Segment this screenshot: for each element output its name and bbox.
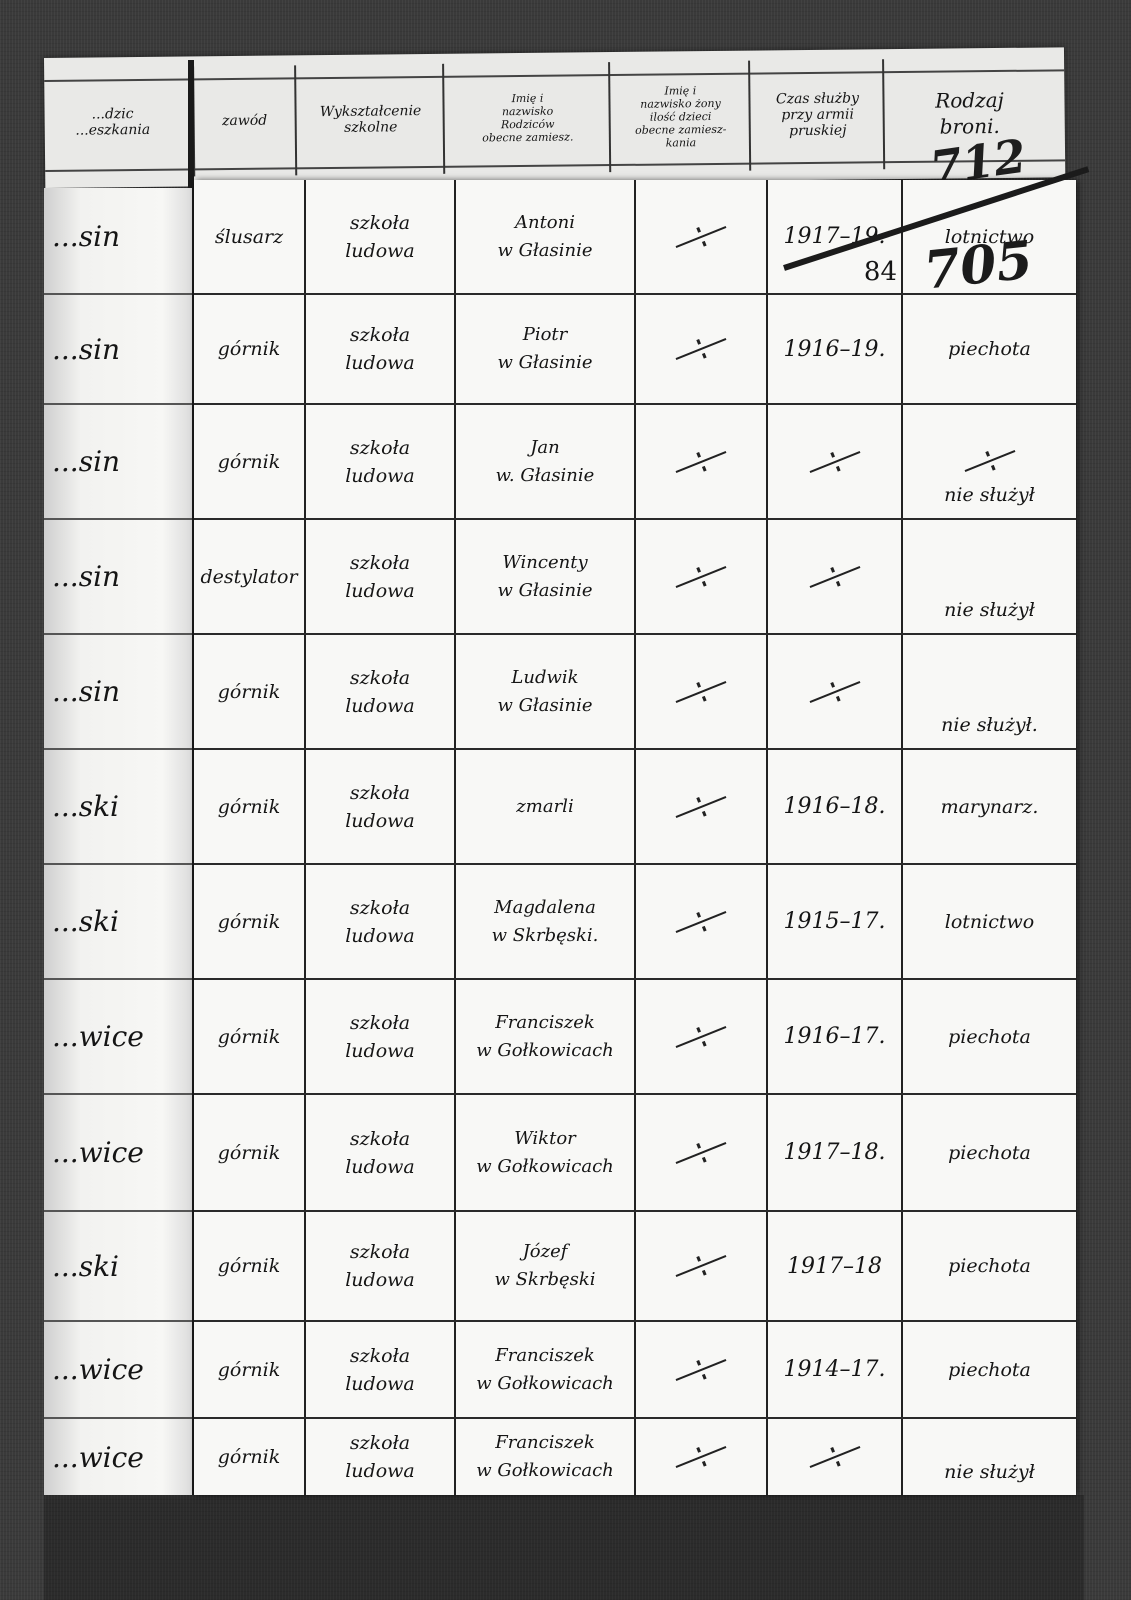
- cell-service: [766, 520, 901, 633]
- education-line: szkoła: [350, 779, 410, 807]
- cell-education: szkołaludowa: [304, 405, 454, 518]
- cell-arm: lotnictwo: [901, 865, 1076, 978]
- cell-parents: zmarli: [454, 750, 634, 863]
- left-page-fragment: ...sin...sin...sin...sin...sin...ski...s…: [44, 188, 192, 1495]
- arm-type: piechota: [948, 1359, 1031, 1381]
- cell-wife-children: [634, 1419, 766, 1495]
- table-row: górnikszkołaludowaJózefw Skrbęski1917–18…: [194, 1210, 1076, 1320]
- cell-education: szkołaludowa: [304, 750, 454, 863]
- cell-service: 1917–18: [766, 1212, 901, 1320]
- service-years: 1914–17.: [784, 1357, 886, 1382]
- education-line: szkoła: [350, 1429, 410, 1457]
- left-fragment-row: ...sin: [44, 518, 192, 633]
- parents-line: zmarli: [516, 793, 573, 821]
- table-row: górnikszkołaludowaMagdalenaw Skrbęski.19…: [194, 863, 1076, 978]
- cell-parents: Janw. Głasinie: [454, 405, 634, 518]
- arm-type: nie służył: [944, 484, 1035, 506]
- register-page: ślusarzszkołaludowaAntoniw Głasinie1917–…: [194, 180, 1076, 1495]
- education-line: szkoła: [350, 1342, 410, 1370]
- cell-occupation: górnik: [194, 1095, 304, 1210]
- cell-occupation: górnik: [194, 750, 304, 863]
- service-years: 1917–18.: [784, 1140, 886, 1165]
- ditto-mark-icon: [676, 225, 727, 247]
- education-line: szkoła: [350, 1238, 410, 1266]
- cell-education: szkołaludowa: [304, 1095, 454, 1210]
- service-years: 1916–18.: [784, 794, 886, 819]
- education-line: ludowa: [345, 462, 415, 490]
- ditto-mark-icon: [676, 680, 727, 702]
- ditto-mark-icon: [809, 450, 860, 472]
- education-line: szkoła: [350, 209, 410, 237]
- cell-wife-children: [634, 1095, 766, 1210]
- cell-wife-children: [634, 1212, 766, 1320]
- parents-line: w Głasinie: [497, 237, 592, 265]
- table-row: górnikszkołaludowaFranciszekw Gołkowicac…: [194, 1320, 1076, 1417]
- arm-type: nie służył.: [941, 714, 1038, 736]
- education-line: ludowa: [345, 807, 415, 835]
- parents-line: w Gołkowicach: [476, 1457, 614, 1485]
- table-row: górnikszkołaludowaPiotrw Głasinie1916–19…: [194, 293, 1076, 403]
- cell-wife-children: [634, 295, 766, 403]
- cell-occupation: górnik: [194, 1212, 304, 1320]
- cell-parents: Franciszekw Gołkowicach: [454, 980, 634, 1093]
- register-table: ślusarzszkołaludowaAntoniw Głasinie1917–…: [194, 180, 1076, 1495]
- cell-education: szkołaludowa: [304, 980, 454, 1093]
- parents-line: Piotr: [523, 321, 568, 349]
- ditto-mark-icon: [676, 1358, 727, 1380]
- cell-parents: Franciszekw Gołkowicach: [454, 1419, 634, 1495]
- table-row: górnikszkołaludowaFranciszekw Gołkowicac…: [194, 1417, 1076, 1495]
- cell-wife-children: [634, 405, 766, 518]
- cell-wife-children: [634, 865, 766, 978]
- arm-type: marynarz.: [941, 796, 1039, 818]
- education-line: ludowa: [345, 692, 415, 720]
- cell-arm: marynarz.: [901, 750, 1076, 863]
- cell-arm: piechota: [901, 1095, 1076, 1210]
- header-education: Wykształcenie szkolne: [294, 64, 445, 176]
- cell-wife-children: [634, 980, 766, 1093]
- left-fragment-row: ...wice: [44, 978, 192, 1093]
- education-line: szkoła: [350, 894, 410, 922]
- parents-line: Wiktor: [514, 1125, 576, 1153]
- page-shadow: [44, 1495, 1084, 1600]
- parents-line: Ludwik: [511, 664, 578, 692]
- education-line: szkoła: [350, 549, 410, 577]
- cell-education: szkołaludowa: [304, 1419, 454, 1495]
- education-line: ludowa: [345, 349, 415, 377]
- cell-occupation: górnik: [194, 1419, 304, 1495]
- cell-occupation: górnik: [194, 635, 304, 748]
- ditto-mark-icon: [676, 565, 727, 587]
- table-row: górnikszkołaludowaFranciszekw Gołkowicac…: [194, 978, 1076, 1093]
- cell-arm: nie służył: [901, 520, 1076, 633]
- parents-line: Jan: [530, 434, 560, 462]
- cell-service: 1916–18.: [766, 750, 901, 863]
- cell-arm: piechota: [901, 1322, 1076, 1417]
- cell-service: [766, 1419, 901, 1495]
- cell-education: szkołaludowa: [304, 865, 454, 978]
- arm-type: nie służył: [944, 599, 1035, 621]
- table-row: górnikszkołaludowazmarli1916–18.marynarz…: [194, 748, 1076, 863]
- education-line: ludowa: [345, 1037, 415, 1065]
- left-fragment-row: ...sin: [44, 180, 192, 293]
- cell-parents: Antoniw Głasinie: [454, 180, 634, 293]
- header-parents: Imię i nazwisko Rodziców obecne zamiesz.: [442, 62, 611, 174]
- left-fragment-row: ...ski: [44, 863, 192, 978]
- cell-arm: piechota: [901, 295, 1076, 403]
- cell-parents: Magdalenaw Skrbęski.: [454, 865, 634, 978]
- parents-line: Antoni: [515, 209, 575, 237]
- cell-occupation: destylator: [194, 520, 304, 633]
- cell-occupation: górnik: [194, 1322, 304, 1417]
- ditto-mark-icon: [809, 680, 860, 702]
- cell-wife-children: [634, 180, 766, 293]
- cell-arm: nie służył: [901, 1419, 1076, 1495]
- note-84: 84: [864, 257, 897, 287]
- parents-line: Józef: [523, 1238, 568, 1266]
- parents-line: w Gołkowicach: [476, 1037, 614, 1065]
- education-line: szkoła: [350, 1009, 410, 1037]
- education-line: ludowa: [345, 1266, 415, 1294]
- ditto-mark-icon: [676, 1141, 727, 1163]
- education-line: szkoła: [350, 664, 410, 692]
- table-header-strip: ...dzic ...eszkania zawód Wykształcenie …: [44, 47, 1065, 188]
- cell-service: 1915–17.: [766, 865, 901, 978]
- cell-arm: nie służył.: [901, 635, 1076, 748]
- left-fragment-row: ...wice: [44, 1417, 192, 1495]
- cell-occupation: górnik: [194, 865, 304, 978]
- arm-type: lotnictwo: [945, 911, 1034, 933]
- cell-service: 1914–17.: [766, 1322, 901, 1417]
- arm-type: piechota: [948, 1255, 1031, 1277]
- parents-line: w Skrbęski.: [492, 922, 599, 950]
- education-line: ludowa: [345, 577, 415, 605]
- parents-line: Wincenty: [502, 549, 587, 577]
- cell-wife-children: [634, 635, 766, 748]
- parents-line: w Głasinie: [497, 349, 592, 377]
- education-line: szkoła: [350, 1125, 410, 1153]
- cell-occupation: górnik: [194, 295, 304, 403]
- table-row: górnikszkołaludowaWiktorw Gołkowicach191…: [194, 1093, 1076, 1210]
- header-wife-children: Imię i nazwisko żony ilość dzieci obecne…: [608, 61, 751, 172]
- left-fragment-row: ...wice: [44, 1093, 192, 1210]
- table-row: górnikszkołaludowaLudwikw Głasinienie sł…: [194, 633, 1076, 748]
- cell-arm: nie służył: [901, 405, 1076, 518]
- cell-parents: Józefw Skrbęski: [454, 1212, 634, 1320]
- ditto-mark-icon: [676, 1025, 727, 1047]
- arm-type: piechota: [948, 1142, 1031, 1164]
- header-occupation: zawód: [192, 65, 295, 176]
- header-left-fragment: ...dzic ...eszkania: [42, 67, 183, 178]
- cell-service: 1917–18.: [766, 1095, 901, 1210]
- education-line: szkoła: [350, 321, 410, 349]
- parents-line: w Głasinie: [497, 577, 592, 605]
- parents-line: w Głasinie: [497, 692, 592, 720]
- cell-occupation: górnik: [194, 405, 304, 518]
- cell-wife-children: [634, 1322, 766, 1417]
- education-line: ludowa: [345, 1370, 415, 1398]
- cell-occupation: ślusarz: [194, 180, 304, 293]
- left-fragment-row: ...sin: [44, 293, 192, 403]
- cell-service: 1916–17.: [766, 980, 901, 1093]
- cell-parents: Franciszekw Gołkowicach: [454, 1322, 634, 1417]
- left-fragment-row: ...ski: [44, 748, 192, 863]
- ditto-mark-icon: [809, 1446, 860, 1468]
- ditto-mark-icon: [809, 565, 860, 587]
- parents-line: Franciszek: [495, 1429, 595, 1457]
- service-years: 1916–17.: [784, 1024, 886, 1049]
- cell-service: [766, 405, 901, 518]
- ditto-mark-icon: [676, 338, 727, 360]
- parents-line: Franciszek: [495, 1342, 595, 1370]
- arm-type: nie służył: [944, 1461, 1035, 1483]
- cell-parents: Wincentyw Głasinie: [454, 520, 634, 633]
- service-years: 1915–17.: [784, 909, 886, 934]
- cell-education: szkołaludowa: [304, 180, 454, 293]
- parents-line: Magdalena: [494, 894, 596, 922]
- table-row: destylatorszkołaludowaWincentyw Głasinie…: [194, 518, 1076, 633]
- ditto-mark-icon: [964, 450, 1015, 472]
- parents-line: w. Głasinie: [496, 462, 595, 490]
- service-years: 1917–18: [787, 1254, 882, 1279]
- cell-arm: piechota: [901, 980, 1076, 1093]
- cell-arm: piechota: [901, 1212, 1076, 1320]
- cell-education: szkołaludowa: [304, 520, 454, 633]
- left-fragment-row: ...ski: [44, 1210, 192, 1320]
- ditto-mark-icon: [676, 1446, 727, 1468]
- arm-type: piechota: [948, 1026, 1031, 1048]
- ditto-mark-icon: [676, 910, 727, 932]
- left-fragment-row: ...sin: [44, 403, 192, 518]
- cell-wife-children: [634, 520, 766, 633]
- ditto-mark-icon: [676, 795, 727, 817]
- parents-line: w Gołkowicach: [476, 1370, 614, 1398]
- header-service: Czas służby przy armii pruskiej: [748, 59, 885, 170]
- parents-line: w Gołkowicach: [476, 1153, 614, 1181]
- left-fragment-row: ...sin: [44, 633, 192, 748]
- cell-education: szkołaludowa: [304, 1212, 454, 1320]
- parents-line: w Skrbęski: [494, 1266, 595, 1294]
- left-fragment-row: ...wice: [44, 1320, 192, 1417]
- arm-type: piechota: [948, 338, 1031, 360]
- education-line: szkoła: [350, 434, 410, 462]
- service-years: 1916–19.: [784, 337, 886, 362]
- cell-service: [766, 635, 901, 748]
- cell-parents: Piotrw Głasinie: [454, 295, 634, 403]
- ditto-mark-icon: [676, 1255, 727, 1277]
- education-line: ludowa: [345, 1153, 415, 1181]
- education-line: ludowa: [345, 237, 415, 265]
- cell-occupation: górnik: [194, 980, 304, 1093]
- cell-education: szkołaludowa: [304, 635, 454, 748]
- education-line: ludowa: [345, 1457, 415, 1485]
- cell-parents: Wiktorw Gołkowicach: [454, 1095, 634, 1210]
- ditto-mark-icon: [676, 450, 727, 472]
- cell-service: 1916–19.: [766, 295, 901, 403]
- cell-parents: Ludwikw Głasinie: [454, 635, 634, 748]
- cell-education: szkołaludowa: [304, 295, 454, 403]
- education-line: ludowa: [345, 922, 415, 950]
- stamp-number-705: 705: [921, 229, 1035, 301]
- table-row: górnikszkołaludowaJanw. Głasinienie służ…: [194, 403, 1076, 518]
- cell-wife-children: [634, 750, 766, 863]
- cell-education: szkołaludowa: [304, 1322, 454, 1417]
- parents-line: Franciszek: [495, 1009, 595, 1037]
